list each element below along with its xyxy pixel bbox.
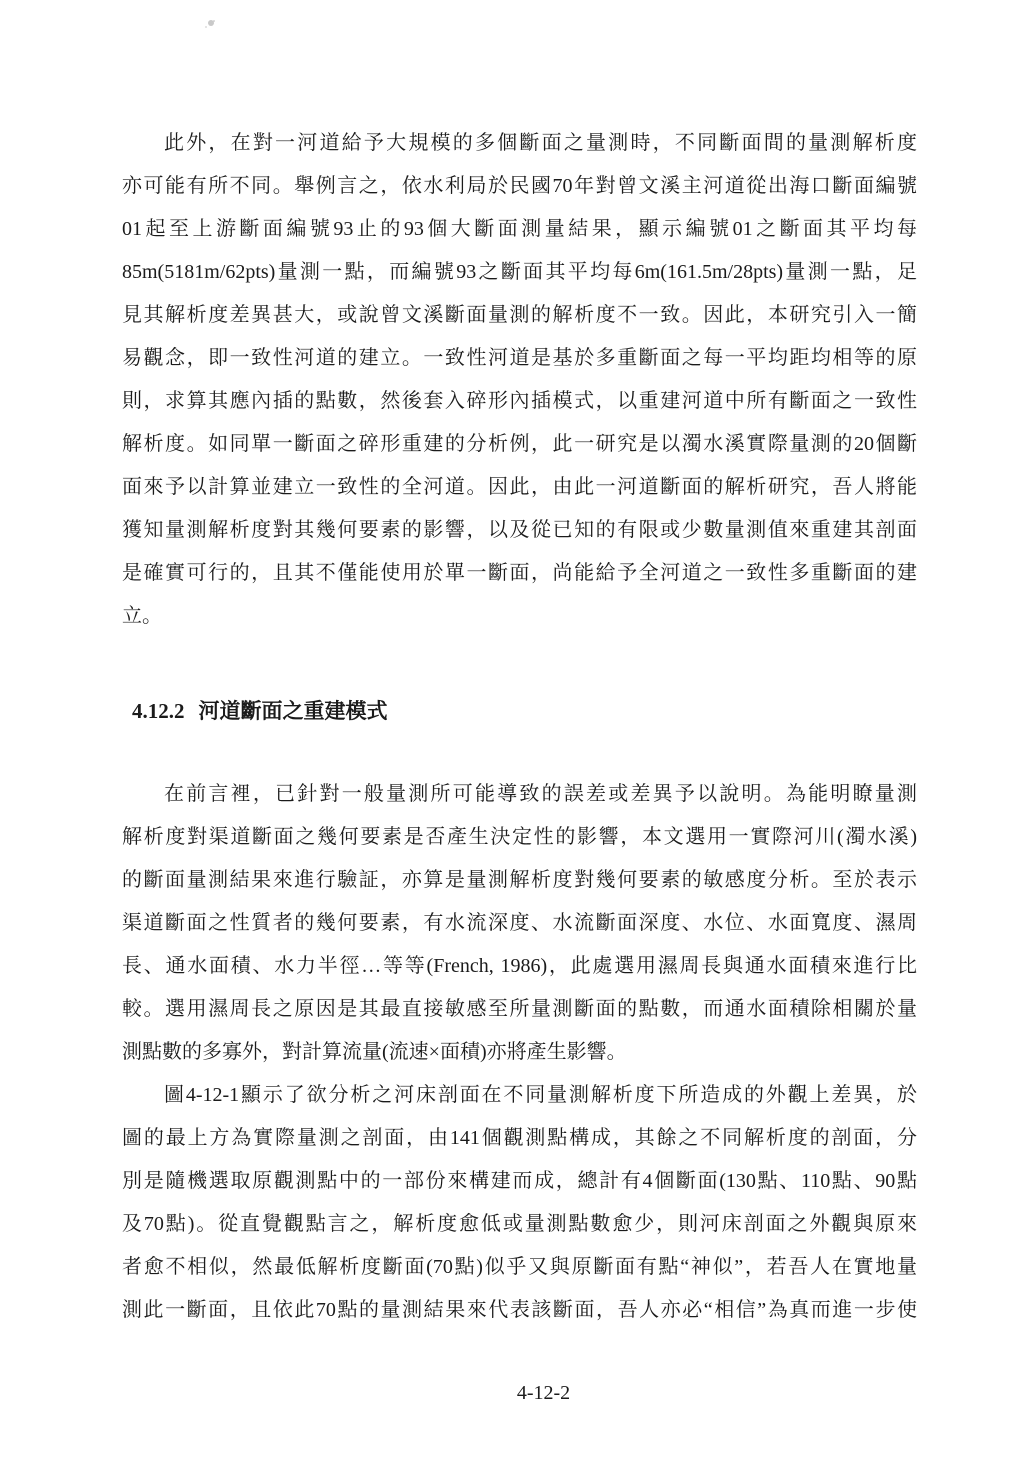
section-heading: 4.12.2河道斷面之重建模式 [132,690,917,733]
paragraph-3: 圖4-12-1顯示了欲分析之河床剖面在不同量測解析度下所造成的外觀上差異，於 圖… [122,1074,917,1332]
text-line: 測此一斷面，且依此70點的量測結果來代表該斷面，吾人亦必“相信”為真而進一步使 [122,1289,917,1332]
text-line: 及70點)。從直覺觀點言之，解析度愈低或量測點數愈少，則河床剖面之外觀與原來 [122,1203,917,1246]
text-line: 長、通水面積、水力半徑…等等(French, 1986)，此處選用濕周長與通水面… [122,945,917,988]
text-line: 亦可能有所不同。舉例言之，依水利局於民國70年對曾文溪主河道從出海口斷面編號 [122,165,917,208]
text-line: 的斷面量測結果來進行驗証，亦算是量測解析度對幾何要素的敏感度分析。至於表示 [122,859,917,902]
text-line: 別是隨機選取原觀測點中的一部份來構建而成，總計有4個斷面(130點、110點、9… [122,1160,917,1203]
text-line: 者愈不相似，然最低解析度斷面(70點)似乎又與原斷面有點“神似”，若吾人在實地量 [122,1246,917,1289]
section-title: 河道斷面之重建模式 [199,699,388,723]
page-number: 4-12-2 [517,1382,570,1404]
text-line: 獲知量測解析度對其幾何要素的影響，以及從已知的有限或少數量測值來重建其剖面 [122,509,917,552]
text-line: 01起至上游斷面編號93止的93個大斷面測量結果，顯示編號01之斷面其平均每 [122,208,917,251]
text-line: 見其解析度差異甚大，或說曾文溪斷面量測的解析度不一致。因此，本研究引入一簡 [122,294,917,337]
text-line: 解析度對渠道斷面之幾何要素是否產生決定性的影響，本文選用一實際河川(濁水溪) [122,816,917,859]
text-line: 易觀念，即一致性河道的建立。一致性河道是基於多重斷面之每一平均距均相等的原 [122,337,917,380]
text-line: 面來予以計算並建立一致性的全河道。因此，由此一河道斷面的解析研究，吾人將能 [122,466,917,509]
text-line: 85m(5181m/62pts)量測一點，而編號93之斷面其平均每6m(161.… [122,251,917,294]
text-line: 較。選用濕周長之原因是其最直接敏感至所量測斷面的點數，而通水面積除相關於量 [122,988,917,1031]
text-line: 是確實可行的，且其不僅能使用於單一斷面，尚能給予全河道之一致性多重斷面的建 [122,552,917,595]
text-line: 解析度。如同單一斷面之碎形重建的分析例，此一研究是以濁水溪實際量測的20個斷 [122,423,917,466]
text-line: 測點數的多寡外，對計算流量(流速×面積)亦將產生影響。 [122,1031,917,1074]
text-line: 圖的最上方為實際量測之剖面，由141個觀測點構成，其餘之不同解析度的剖面，分 [122,1117,917,1160]
text-line: 渠道斷面之性質者的幾何要素，有水流深度、水流斷面深度、水位、水面寬度、濕周 [122,902,917,945]
page-footer: 4-12-2 [146,1380,941,1406]
text-line: 圖4-12-1顯示了欲分析之河床剖面在不同量測解析度下所造成的外觀上差異，於 [122,1074,917,1117]
document-page: 此外，在對一河道給予大規模的多個斷面之量測時，不同斷面間的量測解析度 亦可能有所… [0,0,1024,1473]
scan-artifact-dot [208,20,214,26]
paragraph-2: 在前言裡，已針對一般量測所可能導致的誤差或差異予以說明。為能明瞭量測 解析度對渠… [122,773,917,1074]
text-line: 此外，在對一河道給予大規模的多個斷面之量測時，不同斷面間的量測解析度 [122,122,917,165]
text-line: 立。 [122,595,917,638]
text-line: 則，求算其應內插的點數，然後套入碎形內插模式，以重建河道中所有斷面之一致性 [122,380,917,423]
section-number: 4.12.2 [132,699,185,723]
paragraph-1: 此外，在對一河道給予大規模的多個斷面之量測時，不同斷面間的量測解析度 亦可能有所… [122,122,917,638]
text-line: 在前言裡，已針對一般量測所可能導致的誤差或差異予以說明。為能明瞭量測 [122,773,917,816]
